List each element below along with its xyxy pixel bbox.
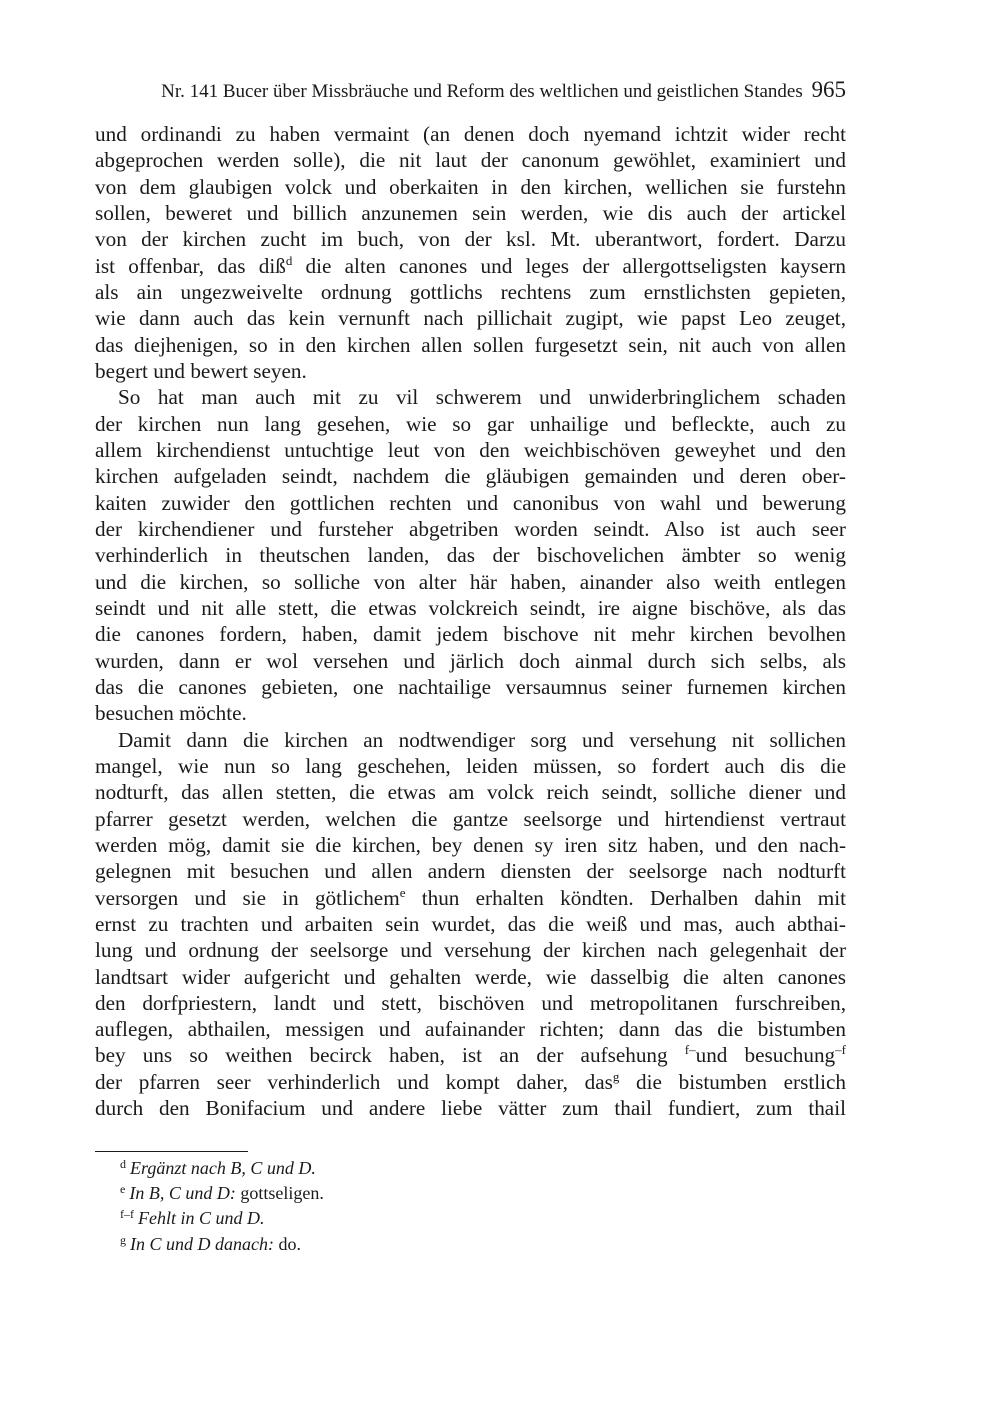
footnote-reference: –f	[835, 1042, 846, 1057]
text-line: gelegnen mit besuchen und allen andern d…	[95, 858, 846, 884]
footnote: gIn C und D danach: do.	[120, 1233, 820, 1258]
text-line: wurden, dann er wol versehen und järlich…	[95, 648, 846, 674]
footnote-roman-text: do.	[274, 1234, 301, 1254]
text-line: nodturft, das allen stetten, die etwas a…	[95, 779, 846, 805]
text-segment: und die kirchen, so solliche von alter h…	[95, 570, 846, 594]
footnote-reference: d	[286, 253, 293, 268]
footnote-divider	[95, 1151, 248, 1152]
text-segment: kirchen aufgeladen seindt, nachdem die g…	[95, 464, 846, 488]
footnote-mark: g	[120, 1233, 126, 1247]
footnote: eIn B, C und D: gottseligen.	[120, 1182, 820, 1207]
text-segment: das die canones gebieten, one nachtailig…	[95, 675, 846, 699]
text-line: begert und bewert seyen.	[95, 358, 846, 384]
text-line: landtsart wider aufgericht und gehalten …	[95, 964, 846, 990]
text-segment: seindt und nit alle stett, die etwas vol…	[95, 596, 846, 620]
text-segment: mangel, wie nun so lang geschehen, leide…	[95, 754, 846, 778]
text-line: das die canones gebieten, one nachtailig…	[95, 674, 846, 700]
text-segment: versorgen und sie in götlichem	[95, 886, 400, 910]
text-segment: wurden, dann er wol versehen und järlich…	[95, 649, 846, 673]
text-line: abgeprochen werden solle), die nit laut …	[95, 147, 846, 173]
text-segment: lung und ordnung der seelsorge und verse…	[95, 938, 846, 962]
text-segment: als ain ungezweivelte ordnung gottlichs …	[95, 280, 846, 304]
text-segment: allem kirchendienst untuchtige leut von …	[95, 438, 846, 462]
text-segment: wie dann auch das kein vernunft nach pil…	[95, 306, 846, 330]
text-line: der pfarren seer verhinderlich und kompt…	[95, 1069, 846, 1095]
text-line: mangel, wie nun so lang geschehen, leide…	[95, 753, 846, 779]
footnote-mark: e	[120, 1182, 125, 1196]
text-segment: sollen, beweret und billich anzunemen se…	[95, 201, 846, 225]
text-segment: und ordinandi zu haben vermaint (an dene…	[95, 122, 846, 146]
footnote-italic-text: Fehlt in C und D.	[138, 1208, 265, 1228]
text-line: als ain ungezweivelte ordnung gottlichs …	[95, 279, 846, 305]
running-head: Nr. 141 Bucer über Missbräuche und Refor…	[95, 78, 846, 104]
text-line: von dem glaubigen volck und oberkaiten i…	[95, 174, 846, 200]
text-line: pfarrer gesetzt werden, welchen die gant…	[95, 806, 846, 832]
text-line: lung und ordnung der seelsorge und verse…	[95, 937, 846, 963]
text-segment: landtsart wider aufgericht und gehalten …	[95, 965, 846, 989]
document-page: Nr. 141 Bucer über Missbräuche und Refor…	[0, 0, 1004, 1418]
text-line: das diejhenigen, so in den kirchen allen…	[95, 332, 846, 358]
text-segment: ernst zu trachten und arbaiten sein wurd…	[95, 912, 846, 936]
text-segment: die alten canones und leges der allergot…	[292, 254, 846, 278]
text-segment: und besuchung	[696, 1043, 836, 1067]
text-segment: die bistumben erstlich	[619, 1070, 846, 1094]
text-segment: durch den Bonifacium und andere liebe vä…	[95, 1096, 846, 1120]
text-line: versorgen und sie in götlicheme thun erh…	[95, 885, 846, 911]
text-segment: begert und bewert seyen.	[95, 359, 307, 383]
text-segment: pfarrer gesetzt werden, welchen die gant…	[95, 807, 846, 831]
text-line: werden mög, damit sie die kirchen, bey d…	[95, 832, 846, 858]
footnotes: dErgänzt nach B, C und D.eIn B, C und D:…	[120, 1157, 820, 1258]
text-line: seindt und nit alle stett, die etwas vol…	[95, 595, 846, 621]
text-line: und ordinandi zu haben vermaint (an dene…	[95, 121, 846, 147]
text-segment: von der kirchen zucht im buch, von der k…	[95, 227, 846, 251]
text-line: verhinderlich in theutschen landen, das …	[95, 542, 846, 568]
text-segment: auflegen, abthailen, messigen und aufain…	[95, 1017, 846, 1041]
text-line: ist offenbar, das dißd die alten canones…	[95, 253, 846, 279]
text-segment: ist offenbar, das diß	[95, 254, 286, 278]
text-line: besuchen möchte.	[95, 700, 846, 726]
footnote-reference: g	[613, 1069, 620, 1084]
footnote-mark: f–f	[120, 1207, 134, 1221]
text-segment: abgeprochen werden solle), die nit laut …	[95, 148, 846, 172]
footnote-italic-text: In B, C und D:	[129, 1183, 236, 1203]
text-segment: So hat man auch mit zu vil schwerem und …	[118, 385, 846, 409]
text-line: von der kirchen zucht im buch, von der k…	[95, 226, 846, 252]
text-line: ernst zu trachten und arbaiten sein wurd…	[95, 911, 846, 937]
text-segment: werden mög, damit sie die kirchen, bey d…	[95, 833, 846, 857]
text-line: durch den Bonifacium und andere liebe vä…	[95, 1095, 846, 1121]
text-segment: nodturft, das allen stetten, die etwas a…	[95, 780, 846, 804]
text-line: kirchen aufgeladen seindt, nachdem die g…	[95, 463, 846, 489]
text-line: kaiten zuwider den gottlichen rechten un…	[95, 490, 846, 516]
text-segment: von dem glaubigen volck und oberkaiten i…	[95, 175, 846, 199]
text-line: wie dann auch das kein vernunft nach pil…	[95, 305, 846, 331]
footnote: f–fFehlt in C und D.	[120, 1207, 820, 1232]
text-segment: der kirchendiener und fursteher abgetrib…	[95, 517, 846, 541]
text-segment: besuchen möchte.	[95, 701, 247, 725]
text-line: bey uns so weithen becirck haben, ist an…	[95, 1042, 846, 1068]
text-segment: kaiten zuwider den gottlichen rechten un…	[95, 491, 846, 515]
text-segment: den dorfpriestern, landt und stett, bisc…	[95, 991, 846, 1015]
footnote-italic-text: Ergänzt nach B, C und D.	[130, 1158, 316, 1178]
text-line: der kirchendiener und fursteher abgetrib…	[95, 516, 846, 542]
text-line: Damit dann die kirchen an nodtwendiger s…	[95, 727, 846, 753]
text-segment: bey uns so weithen becirck haben, ist an…	[95, 1043, 685, 1067]
text-segment: Damit dann die kirchen an nodtwendiger s…	[118, 728, 846, 752]
footnote-mark: d	[120, 1157, 126, 1171]
text-line: auflegen, abthailen, messigen und aufain…	[95, 1016, 846, 1042]
text-segment: verhinderlich in theutschen landen, das …	[95, 543, 846, 567]
footnote-reference: e	[400, 885, 406, 900]
text-line: den dorfpriestern, landt und stett, bisc…	[95, 990, 846, 1016]
text-segment: der kirchen nun lang gesehen, wie so gar…	[95, 412, 846, 436]
text-line: sollen, beweret und billich anzunemen se…	[95, 200, 846, 226]
page-number: 965	[812, 77, 847, 102]
footnote-roman-text: gottseligen.	[236, 1183, 324, 1203]
text-line: allem kirchendienst untuchtige leut von …	[95, 437, 846, 463]
text-line: der kirchen nun lang gesehen, wie so gar…	[95, 411, 846, 437]
text-line: So hat man auch mit zu vil schwerem und …	[95, 384, 846, 410]
running-head-title: Nr. 141 Bucer über Missbräuche und Refor…	[161, 81, 803, 102]
text-line: die canones fordern, haben, damit jedem …	[95, 621, 846, 647]
text-line: und die kirchen, so solliche von alter h…	[95, 569, 846, 595]
footnote-reference: f–	[685, 1042, 696, 1057]
text-segment: thun erhalten köndten. Derhalben dahin m…	[405, 886, 846, 910]
body-text: und ordinandi zu haben vermaint (an dene…	[95, 121, 846, 1121]
text-segment: der pfarren seer verhinderlich und kompt…	[95, 1070, 613, 1094]
text-segment: die canones fordern, haben, damit jedem …	[95, 622, 846, 646]
footnote: dErgänzt nach B, C und D.	[120, 1157, 820, 1182]
footnote-italic-text: In C und D danach:	[130, 1234, 274, 1254]
text-segment: gelegnen mit besuchen und allen andern d…	[95, 859, 846, 883]
text-segment: das diejhenigen, so in den kirchen allen…	[95, 333, 846, 357]
